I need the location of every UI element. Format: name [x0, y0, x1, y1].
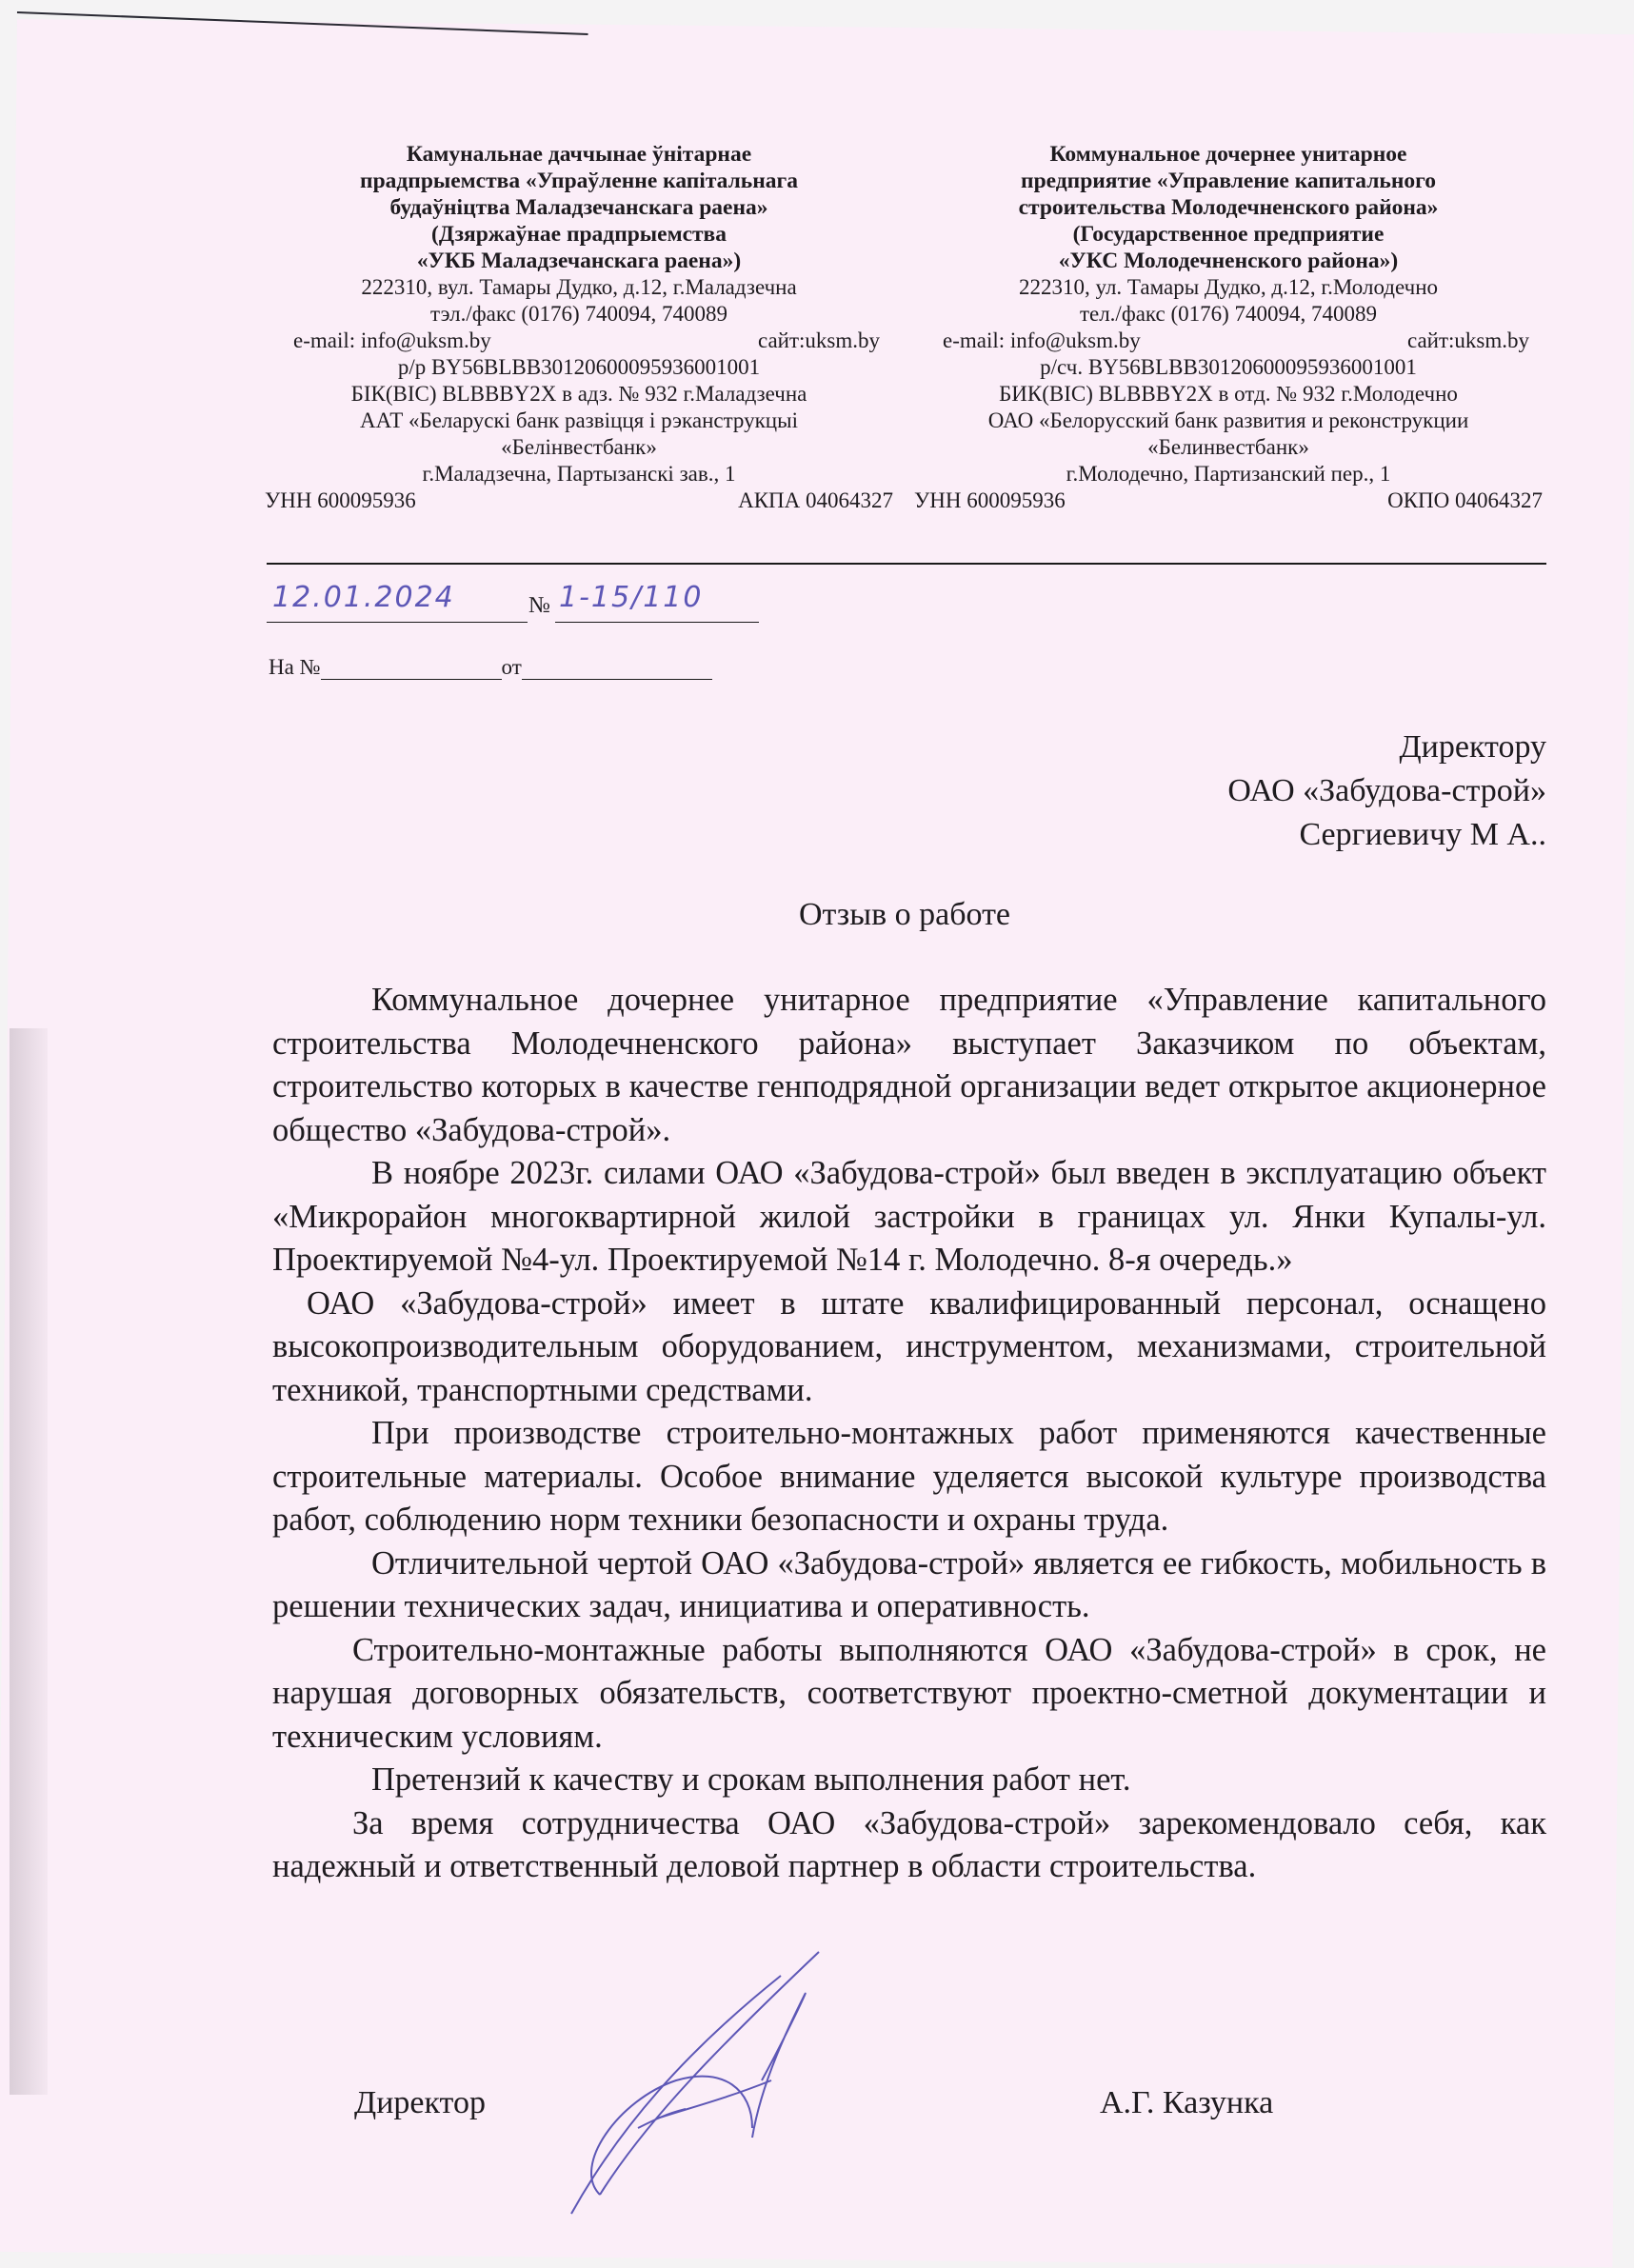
in-reply-line: На №от [269, 655, 712, 680]
in-reply-number-blank [321, 660, 502, 680]
body-paragraph: В ноябре 2023г. силами ОАО «Забудова-стр… [272, 1152, 1546, 1283]
bank-address: г.Молодечно, Партизанский пер., 1 [914, 461, 1543, 487]
body-paragraph: За время сотрудничества ОАО «Забудова-ст… [272, 1802, 1546, 1889]
org-unn: УНН 600095936 [914, 487, 1066, 514]
outgoing-number: 1-15/110 [555, 576, 759, 623]
org-unn: УНН 600095936 [265, 487, 416, 514]
handwritten-signature-icon [533, 1938, 971, 2223]
org-address: 222310, ул. Тамары Дудко, д.12, г.Молоде… [914, 274, 1543, 301]
bank-address: г.Маладзечна, Партызанскі зав., 1 [265, 461, 893, 487]
org-address: 222310, вул. Тамары Дудко, д.12, г.Малад… [265, 274, 893, 301]
org-name-line: «УКС Молодечненского района») [914, 248, 1543, 274]
org-name-line: Коммунальное дочернее унитарное [914, 141, 1543, 168]
org-account: р/р BY56BLBB30120600095936001001 [265, 354, 893, 381]
org-okpo: ОКПО 04064327 [1387, 487, 1543, 514]
bank-name-short: «Белинвестбанк» [914, 434, 1543, 461]
signatory-role: Директор [354, 2085, 486, 2121]
org-site: сайт:uksm.by [758, 328, 880, 354]
addressee-block: Директору ОАО «Забудова-строй» Сергиевич… [1227, 726, 1546, 857]
org-name-line: (Государственное предприятие [914, 221, 1543, 248]
org-bic: БІК(BIC) BLBBBY2X в адз. № 932 г.Маладзе… [265, 381, 893, 408]
bank-name: ОАО «Белорусский банк развития и реконст… [914, 408, 1543, 434]
letter-body: Коммунальное дочернее унитарное предприя… [272, 979, 1546, 1889]
body-paragraph: При производстве строительно-монтажных р… [272, 1412, 1546, 1542]
body-paragraph: Коммунальное дочернее унитарное предприя… [272, 979, 1546, 1152]
number-label: № [528, 593, 550, 619]
document-title: Отзыв о работе [0, 897, 1634, 933]
bank-name: ААТ «Беларускі банк развіцця і рэканстру… [265, 408, 893, 434]
org-name-line: (Дзяржаўнае прадпрыемства [265, 221, 893, 248]
registration-line: 12.01.2024 № 1-15/110 [267, 576, 771, 624]
org-site: сайт:uksm.by [1407, 328, 1529, 354]
org-account: р/сч. BY56BLBB30120600095936001001 [914, 354, 1543, 381]
in-reply-date-blank [522, 660, 712, 680]
org-bic: БИК(BIC) BLBBBY2X в отд. № 932 г.Молодеч… [914, 381, 1543, 408]
addressee-position: Директору [1227, 726, 1546, 769]
from-label: от [502, 655, 522, 679]
body-paragraph: Строительно-монтажные работы выполняются… [272, 1629, 1546, 1760]
org-name-line: прадпрыемства «Упраўленне капітальнага [265, 168, 893, 194]
org-name-line: будаўніцтва Маладзечанскага раена» [265, 194, 893, 221]
org-phone: тэл./факс (0176) 740094, 740089 [265, 301, 893, 328]
org-okpo: АКПА 04064327 [738, 487, 893, 514]
letterhead-russian: Коммунальное дочернее унитарное предприя… [914, 141, 1543, 514]
org-email: e-mail: info@uksm.by [943, 328, 1141, 354]
org-name-line: предприятие «Управление капитального [914, 168, 1543, 194]
letterhead-divider [267, 563, 1546, 565]
body-paragraph: Претензий к качеству и срокам выполнения… [272, 1759, 1546, 1802]
org-name-line: строительства Молодечненского района» [914, 194, 1543, 221]
body-paragraph: Отличительной чертой ОАО «Забудова-строй… [272, 1542, 1546, 1629]
in-reply-label: На № [269, 655, 321, 679]
outgoing-date: 12.01.2024 [267, 576, 528, 623]
ids-row: УНН 600095936 АКПА 04064327 [265, 487, 893, 514]
addressee-company: ОАО «Забудова-строй» [1227, 769, 1546, 813]
contact-row: e-mail: info@uksm.by сайт:uksm.by [914, 328, 1543, 354]
addressee-name: Сергиевичу М А.. [1227, 813, 1546, 857]
org-email: e-mail: info@uksm.by [293, 328, 491, 354]
org-phone: тел./факс (0176) 740094, 740089 [914, 301, 1543, 328]
body-paragraph: ОАО «Забудова-строй» имеет в штате квали… [272, 1283, 1546, 1413]
org-name-line: Камунальнае даччынае ўнітарнае [265, 141, 893, 168]
letterhead-belarusian: Камунальнае даччынае ўнітарнае прадпрыем… [265, 141, 893, 514]
contact-row: e-mail: info@uksm.by сайт:uksm.by [265, 328, 893, 354]
signatory-name: А.Г. Казунка [1100, 2085, 1273, 2121]
bank-name-short: «Белінвестбанк» [265, 434, 893, 461]
scan-shadow [10, 1028, 48, 2095]
org-name-line: «УКБ Маладзечанскага раена») [265, 248, 893, 274]
ids-row: УНН 600095936 ОКПО 04064327 [914, 487, 1543, 514]
